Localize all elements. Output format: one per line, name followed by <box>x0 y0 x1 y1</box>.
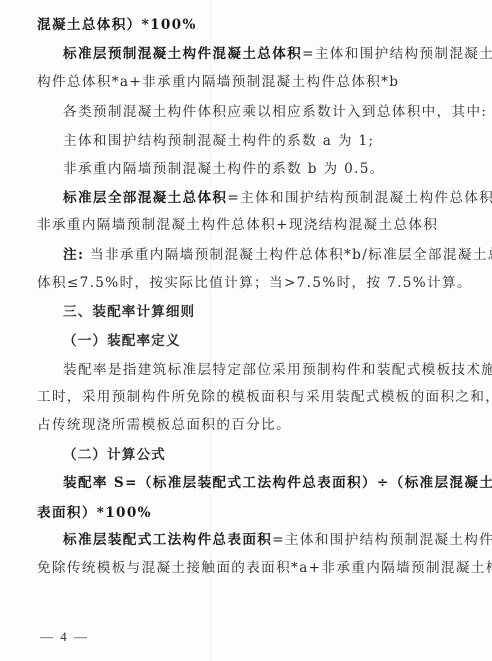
text-line-5: 主体和围护结构预制混凝土构件的系数 a 为 1; <box>63 132 374 150</box>
text-line-13: 装配率是指建筑标准层特定部位采用预制构件和装配式模板技术施 <box>63 361 492 379</box>
note-line-1: 注: 当非承重内隔墙预制混凝土构件总体积*b/标准层全部混凝土总 <box>63 246 492 264</box>
text-line-7: 标准层全部混凝土总体积=主体和围护结构预制混凝土构件总体积+ <box>63 189 492 207</box>
document-page: 混凝土总体积）*100% 标准层预制混凝土构件混凝土总体积=主体和围护结构预制混… <box>0 0 492 661</box>
text-line-4: 各类预制混凝土构件体积应乘以相应系数计入到总体积中，其中: <box>63 103 487 121</box>
subsection-heading-2: （二）计算公式 <box>63 446 166 464</box>
text-line-20: 免除传统模板与混凝土接触面的表面积*a+非承重内隔墙预制混凝土构 <box>37 559 492 577</box>
formula-line-1: 装配率 S=（标准层装配式工法构件总表面积）÷（标准层混凝土总 <box>63 474 492 492</box>
text-line-15: 占传统现浇所需模板总面积的百分比。 <box>37 416 291 434</box>
text-line-3: 构件总体积*a+非承重内隔墙预制混凝土构件总体积*b <box>37 73 399 91</box>
text-line-14: 工时，采用预制构件所免除的模板面积与采用装配式模板的面积之和， <box>37 388 492 406</box>
page-number: — 4 — <box>40 629 89 645</box>
text-line-6: 非承重内隔墙预制混凝土构件的系数 b 为 0.5。 <box>63 160 385 178</box>
formula-line-2: 表面积）*100% <box>37 504 152 522</box>
text-line-8: 非承重内隔墙预制混凝土构件总体积+现浇结构混凝土总体积 <box>37 216 438 234</box>
subsection-heading-1: （一）装配率定义 <box>63 332 181 350</box>
text-line-2: 标准层预制混凝土构件混凝土总体积=主体和围护结构预制混凝土 <box>63 45 492 63</box>
text-line-1: 混凝土总体积）*100% <box>37 16 197 34</box>
section-heading-3: 三、装配率计算细则 <box>63 303 195 321</box>
note-line-2: 体积≤7.5%时，按实际比值计算；当>7.5%时，按 7.5%计算。 <box>37 274 472 292</box>
text-line-19: 标准层装配式工法构件总表面积=主体和围护结构预制混凝土构件 <box>63 531 492 549</box>
